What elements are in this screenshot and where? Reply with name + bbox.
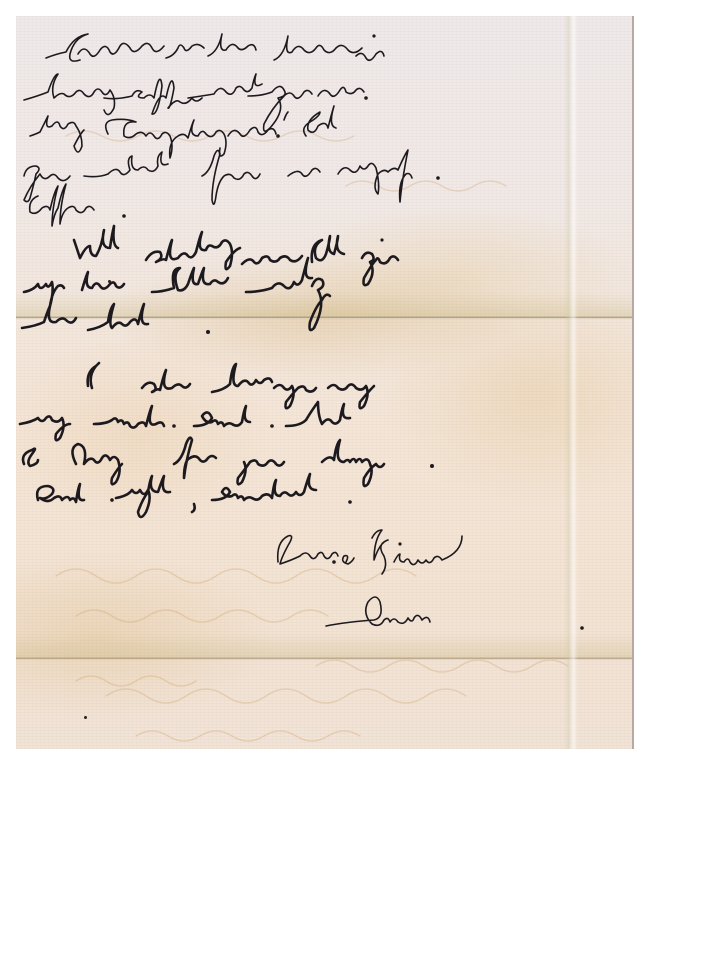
- ink-closing: [278, 530, 462, 574]
- ink-speck: [108, 280, 111, 283]
- letter-page: Someone in this house is brewing coffee …: [16, 16, 634, 749]
- ink-signature: [326, 597, 584, 630]
- closing-ink: [16, 16, 634, 749]
- ink-speck: [84, 716, 87, 719]
